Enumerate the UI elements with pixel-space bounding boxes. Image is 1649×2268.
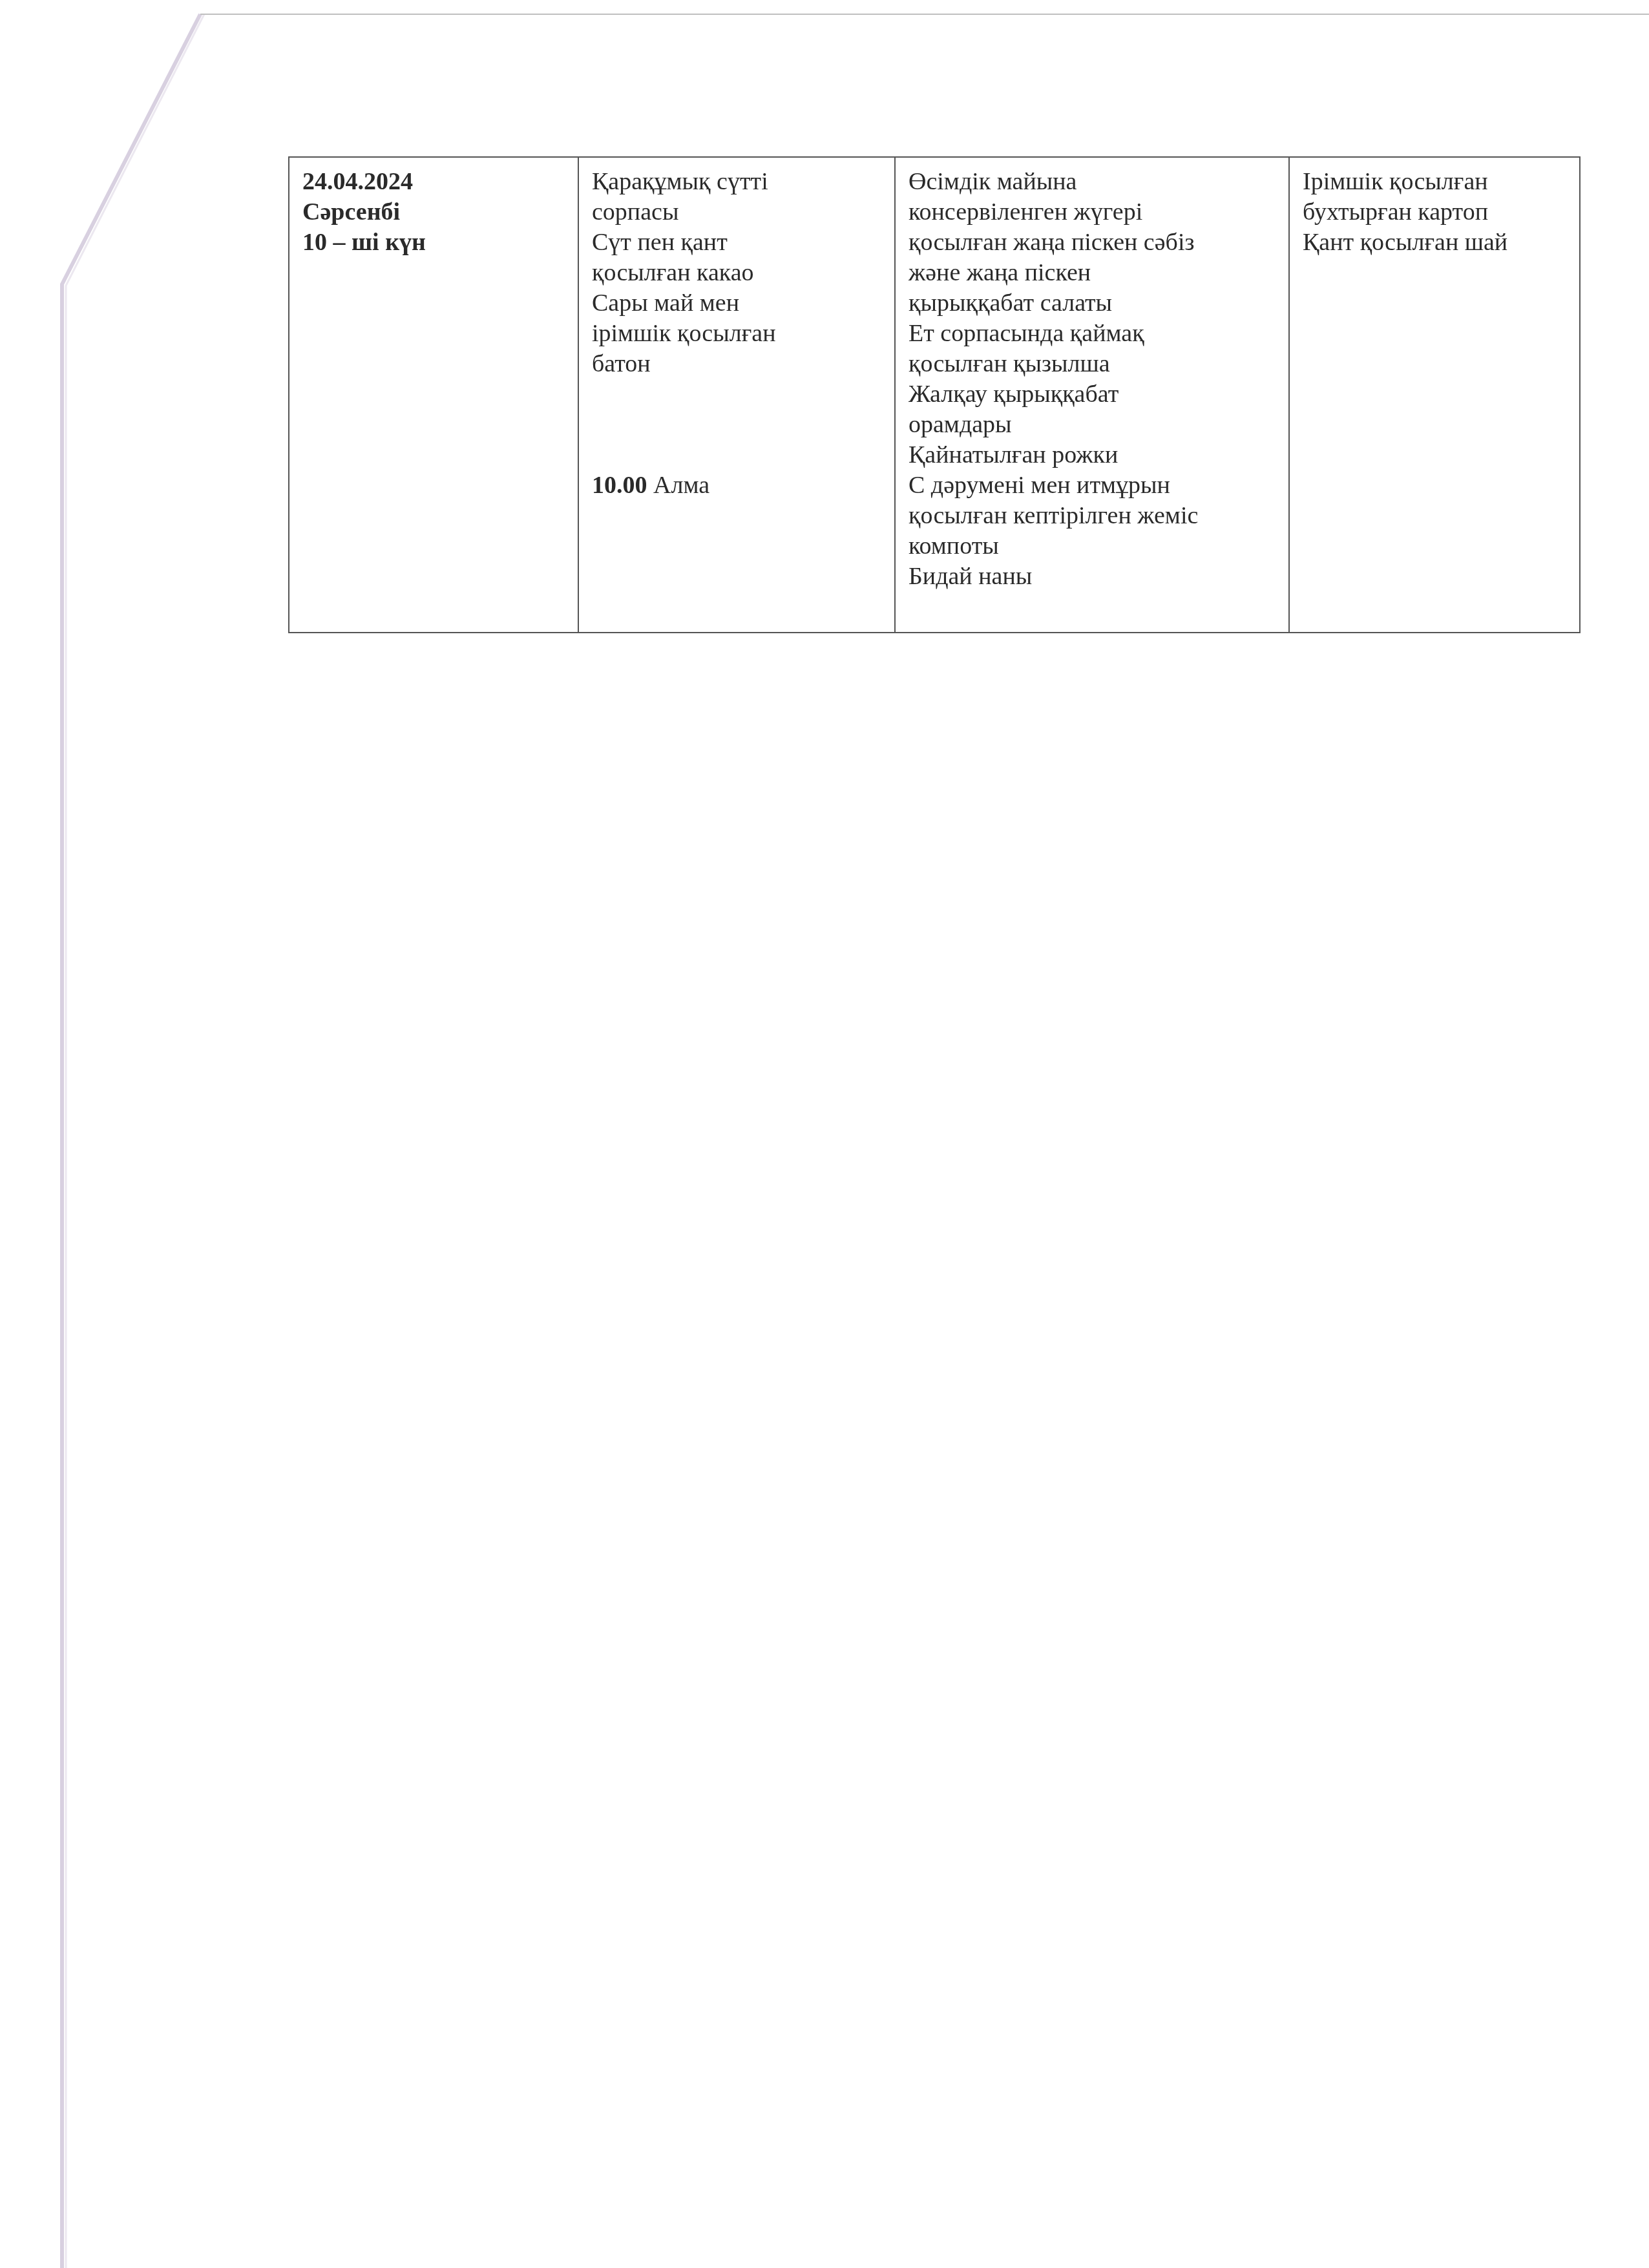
dinner-cell: Ірімшік қосылған бухтырған картоп Қант қ… bbox=[1289, 157, 1580, 633]
lunch-item: Қайнатылған рожки bbox=[909, 440, 1288, 470]
lunch-item: консервіленген жүгері bbox=[909, 197, 1288, 227]
menu-day-number: 10 – шi күн bbox=[302, 227, 578, 258]
lunch-item: компоты bbox=[909, 531, 1288, 562]
snack-time: 10.00 bbox=[592, 472, 647, 499]
lunch-item: қосылған қызылша bbox=[909, 349, 1288, 379]
lunch-cell: Өсімдік майына консервіленген жүгері қос… bbox=[895, 157, 1289, 633]
dinner-item: Ірімшік қосылған bbox=[1303, 167, 1579, 197]
breakfast-item: Сүт пен қант bbox=[592, 227, 894, 258]
breakfast-item: батон bbox=[592, 349, 894, 379]
menu-date: 24.04.2024 bbox=[302, 167, 578, 197]
menu-weekday: Сәрсенбі bbox=[302, 197, 578, 227]
dinner-item: бухтырған картоп bbox=[1303, 197, 1579, 227]
breakfast-item: Қарақұмық сүтті bbox=[592, 167, 894, 197]
lunch-item: Бидай наны bbox=[909, 562, 1288, 592]
lunch-item: орамдары bbox=[909, 410, 1288, 440]
snack-line: 10.00 Алма bbox=[592, 470, 894, 501]
lunch-item: Жалқау қырыққабат bbox=[909, 379, 1288, 410]
breakfast-item: сорпасы bbox=[592, 197, 894, 227]
breakfast-item: қосылған какао bbox=[592, 258, 894, 288]
table-row: 24.04.2024 Сәрсенбі 10 – шi күн Қарақұмы… bbox=[289, 157, 1580, 633]
spacer bbox=[592, 379, 894, 470]
lunch-item: қырыққабат салаты bbox=[909, 288, 1288, 319]
breakfast-item: ірімшік қосылған bbox=[592, 319, 894, 349]
lunch-item: қосылған жаңа піскен сәбіз bbox=[909, 227, 1288, 258]
lunch-item: С дәрумені мен итмұрын bbox=[909, 470, 1288, 501]
lunch-item: Өсімдік майына bbox=[909, 167, 1288, 197]
lunch-item: және жаңа піскен bbox=[909, 258, 1288, 288]
snack-item: Алма bbox=[653, 472, 709, 499]
dinner-item: Қант қосылған шай bbox=[1303, 227, 1579, 258]
breakfast-cell: Қарақұмық сүтті сорпасы Сүт пен қант қос… bbox=[578, 157, 895, 633]
lunch-item: қосылған кептірілген жеміс bbox=[909, 501, 1288, 531]
day-cell: 24.04.2024 Сәрсенбі 10 – шi күн bbox=[289, 157, 578, 633]
daily-menu-table: 24.04.2024 Сәрсенбі 10 – шi күн Қарақұмы… bbox=[288, 156, 1581, 633]
lunch-item: Ет сорпасында қаймақ bbox=[909, 319, 1288, 349]
breakfast-item: Сары май мен bbox=[592, 288, 894, 319]
